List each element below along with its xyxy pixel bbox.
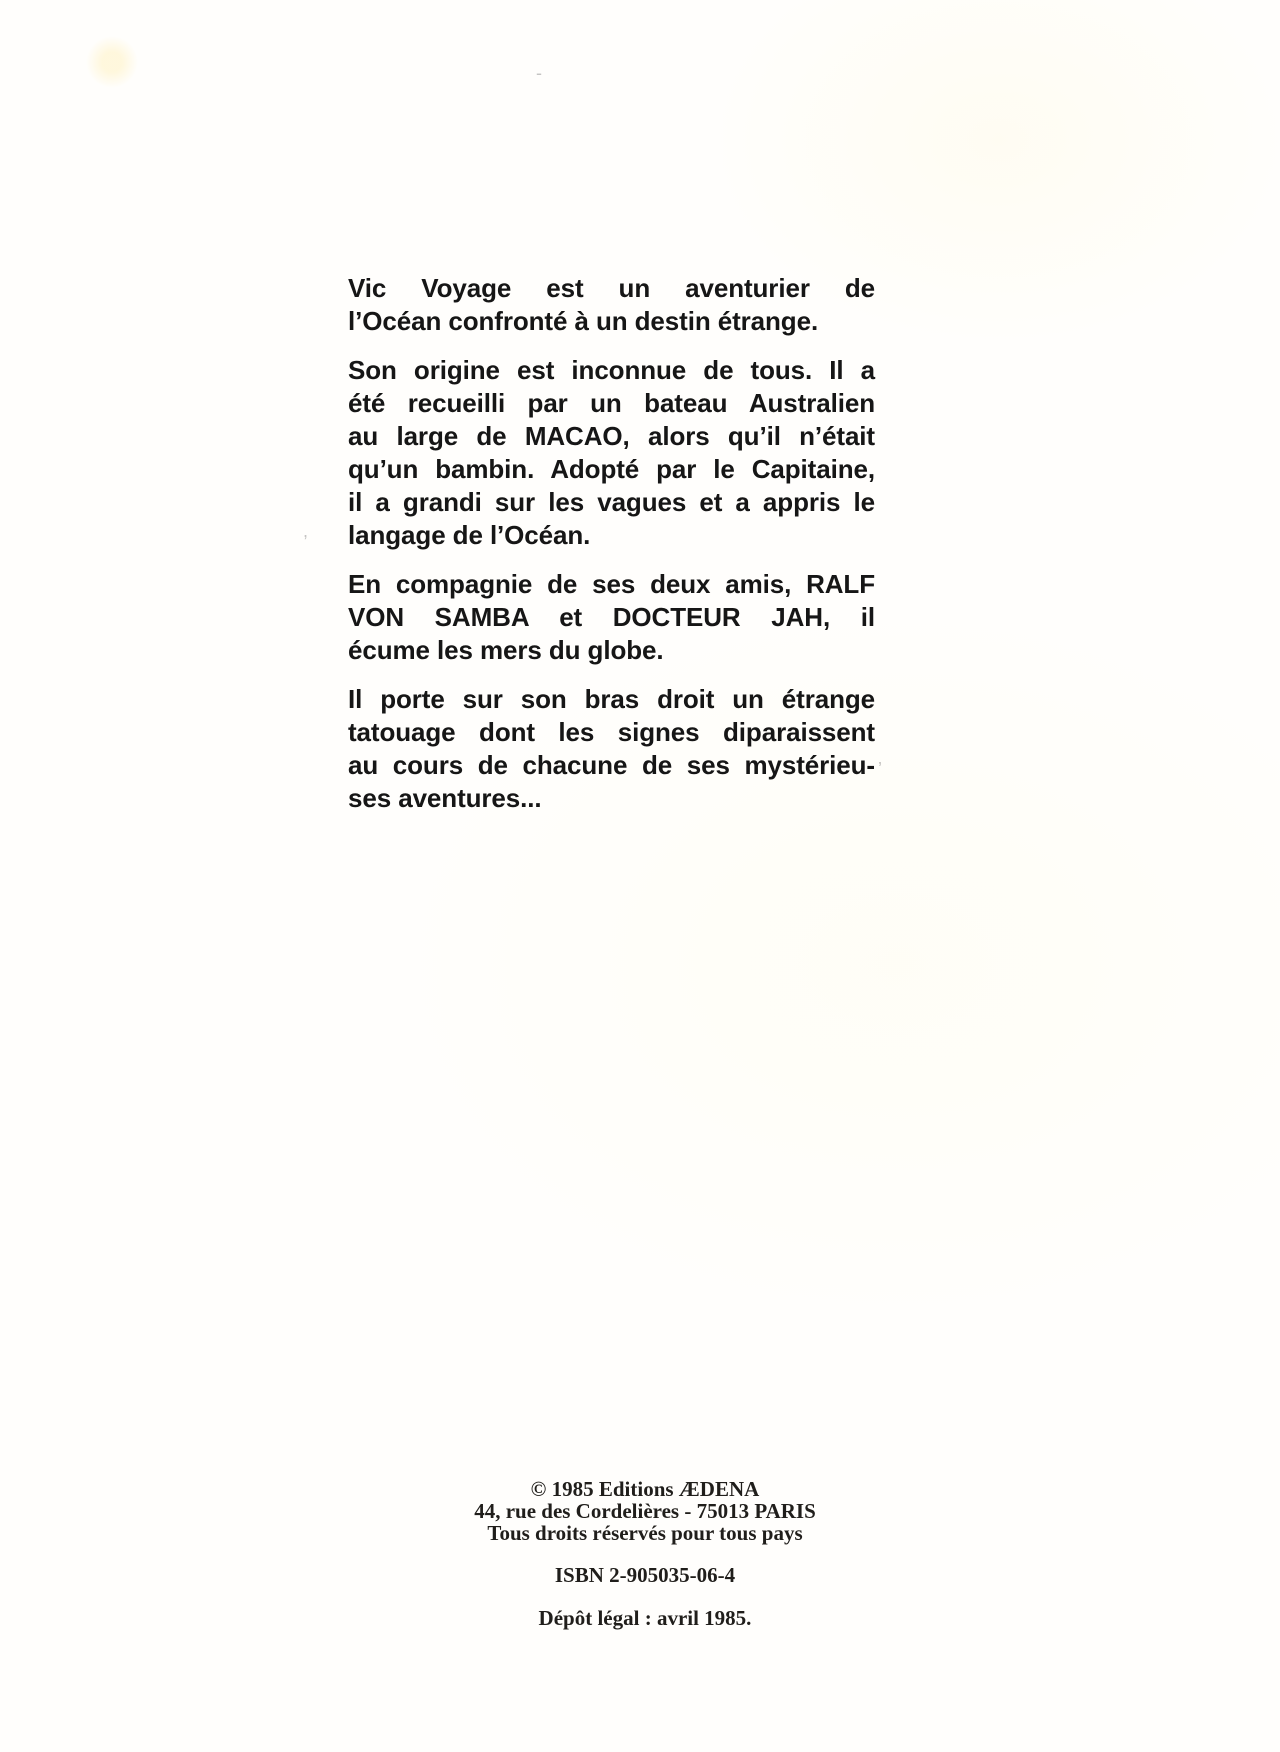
text-line: écume les mers du globe. [348, 634, 875, 667]
text-line: En compagnie de ses deux amis, RALF [348, 568, 875, 601]
text-line: Il porte sur son bras droit un étrange [348, 683, 875, 716]
text-line: tatouage dont les signes diparaissent [348, 716, 875, 749]
scan-speck: ’ [878, 760, 882, 778]
scan-speck: , [303, 522, 308, 540]
paragraph-tattoo: Il porte sur son bras droit un étrange t… [348, 683, 875, 815]
publisher-info: © 1985 Editions ÆDENA 44, rue des Cordel… [395, 1478, 895, 1544]
text-line: langage de l’Océan. [348, 519, 875, 552]
rights-line: Tous droits réservés pour tous pays [395, 1522, 895, 1544]
isbn-line: ISBN 2-905035-06-4 [395, 1564, 895, 1586]
text-line: été recueilli par un bateau Australien [348, 387, 875, 420]
text-line: ses aventures... [348, 782, 875, 815]
text-line: au large de MACAO, alors qu’il n’était [348, 420, 875, 453]
paragraph-intro: Vic Voyage est un aventurier de l’Océan … [348, 272, 875, 338]
text-line: au cours de chacune de ses mystérieu- [348, 749, 875, 782]
scan-speck: - [536, 64, 542, 82]
text-line: qu’un bambin. Adopté par le Capitaine, [348, 453, 875, 486]
text-line: l’Océan confronté à un destin étrange. [348, 305, 875, 338]
synopsis-text-block: Vic Voyage est un aventurier de l’Océan … [348, 272, 875, 831]
colophon-block: © 1985 Editions ÆDENA 44, rue des Cordel… [395, 1478, 895, 1629]
text-line: il a grandi sur les vagues et a appris l… [348, 486, 875, 519]
address-line: 44, rue des Cordelières - 75013 PARIS [395, 1500, 895, 1522]
text-line: VON SAMBA et DOCTEUR JAH, il [348, 601, 875, 634]
text-line: Son origine est inconnue de tous. Il a [348, 354, 875, 387]
text-line: Vic Voyage est un aventurier de [348, 272, 875, 305]
legal-deposit-line: Dépôt légal : avril 1985. [395, 1607, 895, 1629]
copyright-line: © 1985 Editions ÆDENA [395, 1478, 895, 1500]
paragraph-friends: En compagnie de ses deux amis, RALF VON … [348, 568, 875, 667]
paragraph-origin: Son origine est inconnue de tous. Il a é… [348, 354, 875, 552]
book-page: { "page": { "background_color": "#fffefc… [0, 0, 1280, 1752]
